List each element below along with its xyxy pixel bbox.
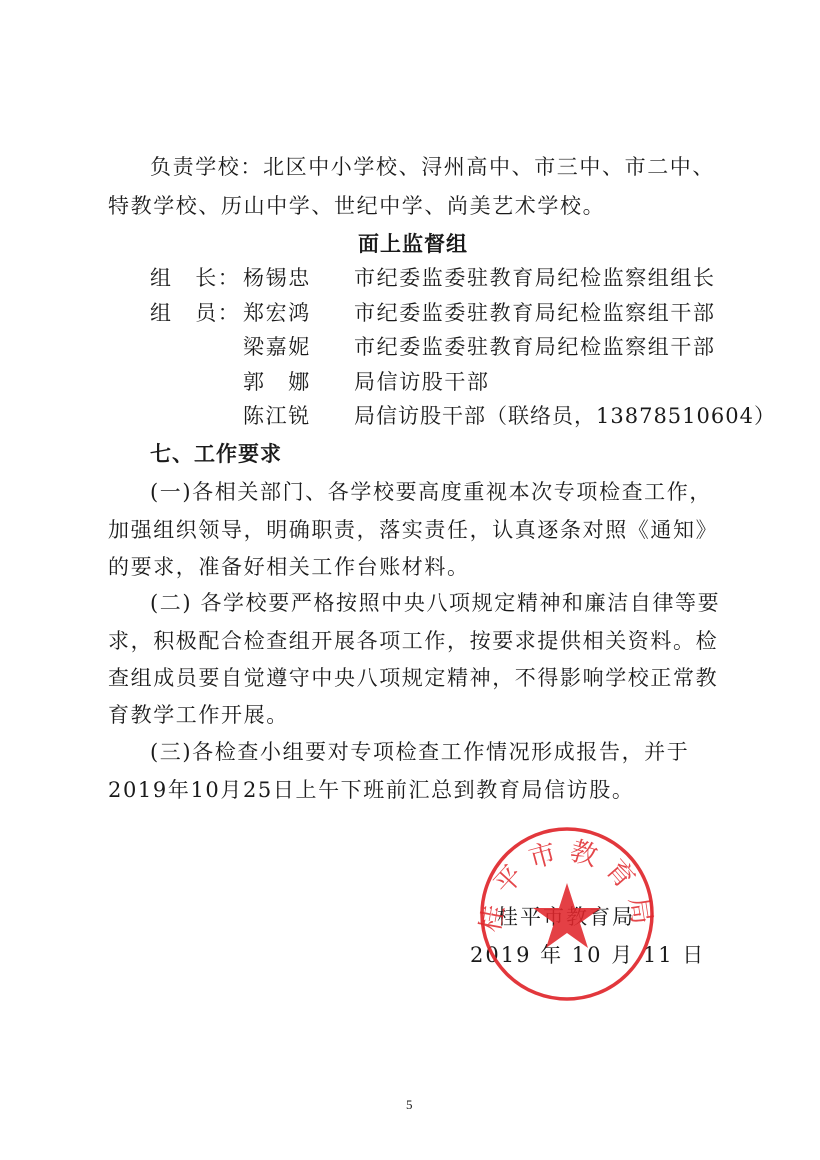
member-row: 梁嘉妮 市纪委监委驻教育局纪检监察组干部 bbox=[0, 333, 820, 365]
member-role: 组 长： bbox=[150, 264, 240, 292]
member-title: 市纪委监委驻教育局纪检监察组组长 bbox=[354, 264, 716, 292]
item-2-line-4: 育教学工作开展。 bbox=[108, 701, 289, 729]
item-3-line-1: (三)各检查小组要对专项检查工作情况形成报告，并于 bbox=[150, 738, 689, 766]
item-1-line-1: (一)各相关部门、各学校要高度重视本次专项检查工作， bbox=[150, 478, 712, 506]
responsible-schools-line-2: 特教学校、历山中学、世纪中学、尚美艺术学校。 bbox=[108, 192, 605, 220]
member-title: 市纪委监委驻教育局纪检监察组干部 bbox=[354, 299, 716, 327]
item-1-line-3: 的要求，准备好相关工作台账材料。 bbox=[108, 553, 470, 581]
supervision-group-title: 面上监督组 bbox=[358, 230, 468, 258]
member-row: 陈江锐 局信访股干部（联络员，13878510604） bbox=[0, 402, 820, 434]
member-name: 梁嘉妮 bbox=[243, 333, 311, 361]
member-row: 组 长： 杨锡忠 市纪委监委驻教育局纪检监察组组长 bbox=[0, 264, 820, 296]
item-2-line-2: 求，积极配合检查组开展各项工作，按要求提供相关资料。检 bbox=[108, 627, 718, 655]
member-name: 杨锡忠 bbox=[243, 264, 311, 292]
item-2-line-1: (二) 各学校要严格按照中央八项规定精神和廉洁自律等要 bbox=[150, 589, 720, 617]
responsible-schools-line-1: 负责学校：北区中小学校、浔州高中、市三中、市二中、 bbox=[150, 153, 715, 181]
member-row: 郭 娜 局信访股干部 bbox=[0, 368, 820, 400]
member-name: 郭 娜 bbox=[243, 368, 311, 396]
item-3-line-2: 2019年10月25日上午下班前汇总到教育局信访股。 bbox=[108, 776, 635, 804]
member-name: 陈江锐 bbox=[243, 402, 311, 430]
member-name: 郑宏鸿 bbox=[243, 299, 311, 327]
member-role: 组 员： bbox=[150, 299, 240, 327]
signature-date: 2019 年 10 月 11 日 bbox=[470, 941, 705, 969]
item-2-line-3: 查组成员要自觉遵守中央八项规定精神，不得影响学校正常教 bbox=[108, 664, 718, 692]
page-number: 5 bbox=[406, 1097, 413, 1113]
signature-organization: 桂平市教育局 bbox=[497, 903, 635, 931]
item-1-line-2: 加强组织领导，明确职责，落实责任，认真逐条对照《通知》 bbox=[108, 516, 718, 544]
member-title: 局信访股干部 bbox=[354, 368, 490, 396]
section-7-heading: 七、工作要求 bbox=[150, 440, 282, 468]
member-title: 局信访股干部（联络员，13878510604） bbox=[354, 402, 776, 430]
member-title: 市纪委监委驻教育局纪检监察组干部 bbox=[354, 333, 716, 361]
member-row: 组 员： 郑宏鸿 市纪委监委驻教育局纪检监察组干部 bbox=[0, 299, 820, 331]
